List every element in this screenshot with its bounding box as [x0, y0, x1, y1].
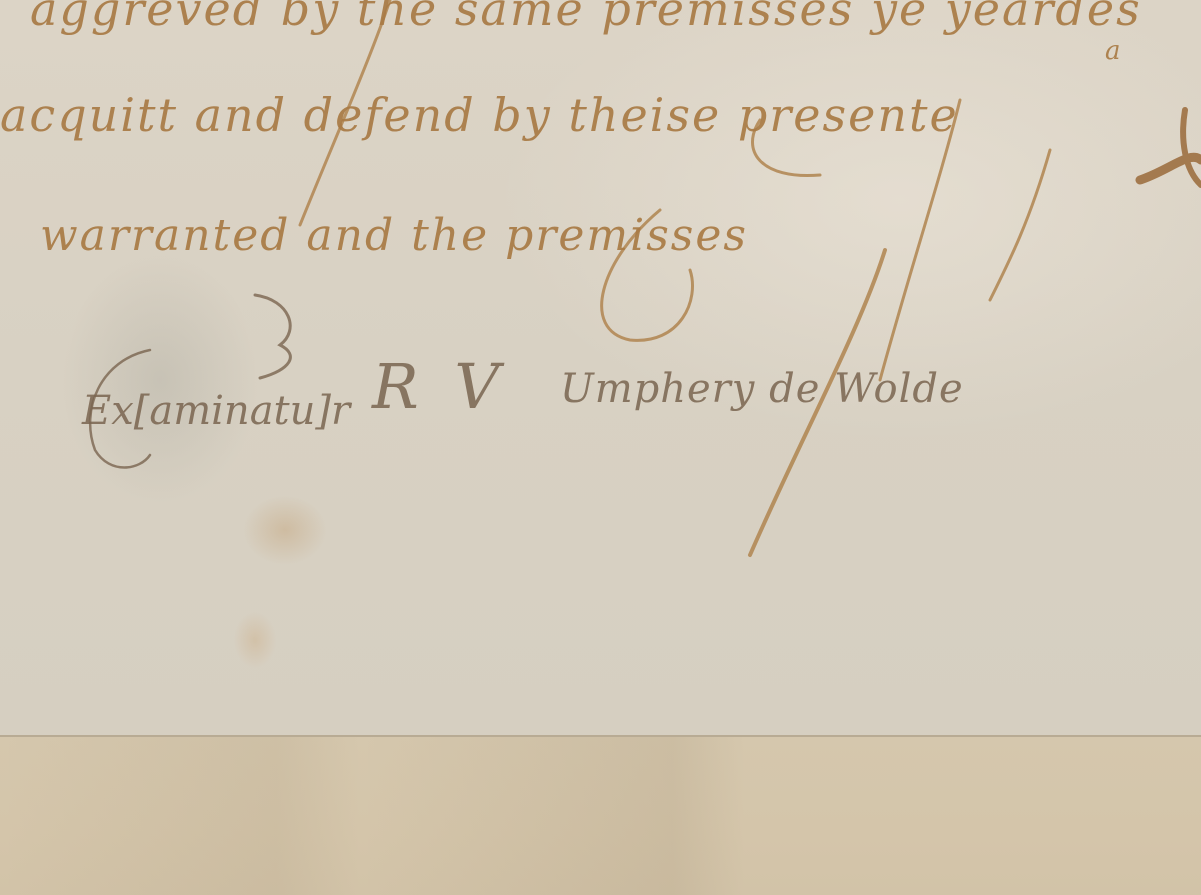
signature-name: Umphery de Wolde: [560, 366, 964, 412]
manuscript-line-1: aggreved by the same premisses ye yearde…: [30, 0, 1142, 36]
margin-note: a: [1105, 36, 1123, 66]
manuscript-line-3: warranted and the premisses: [40, 210, 748, 261]
manuscript-line-2: acquitt and defend by theise presente: [0, 88, 959, 142]
manuscript-sheet: aggreved by the same premisses ye yearde…: [0, 0, 1201, 735]
signature-mark-left: Ex[aminatu]r: [82, 388, 350, 434]
folded-paper-strip: [0, 735, 1201, 895]
signature-initials: R V: [372, 350, 507, 423]
